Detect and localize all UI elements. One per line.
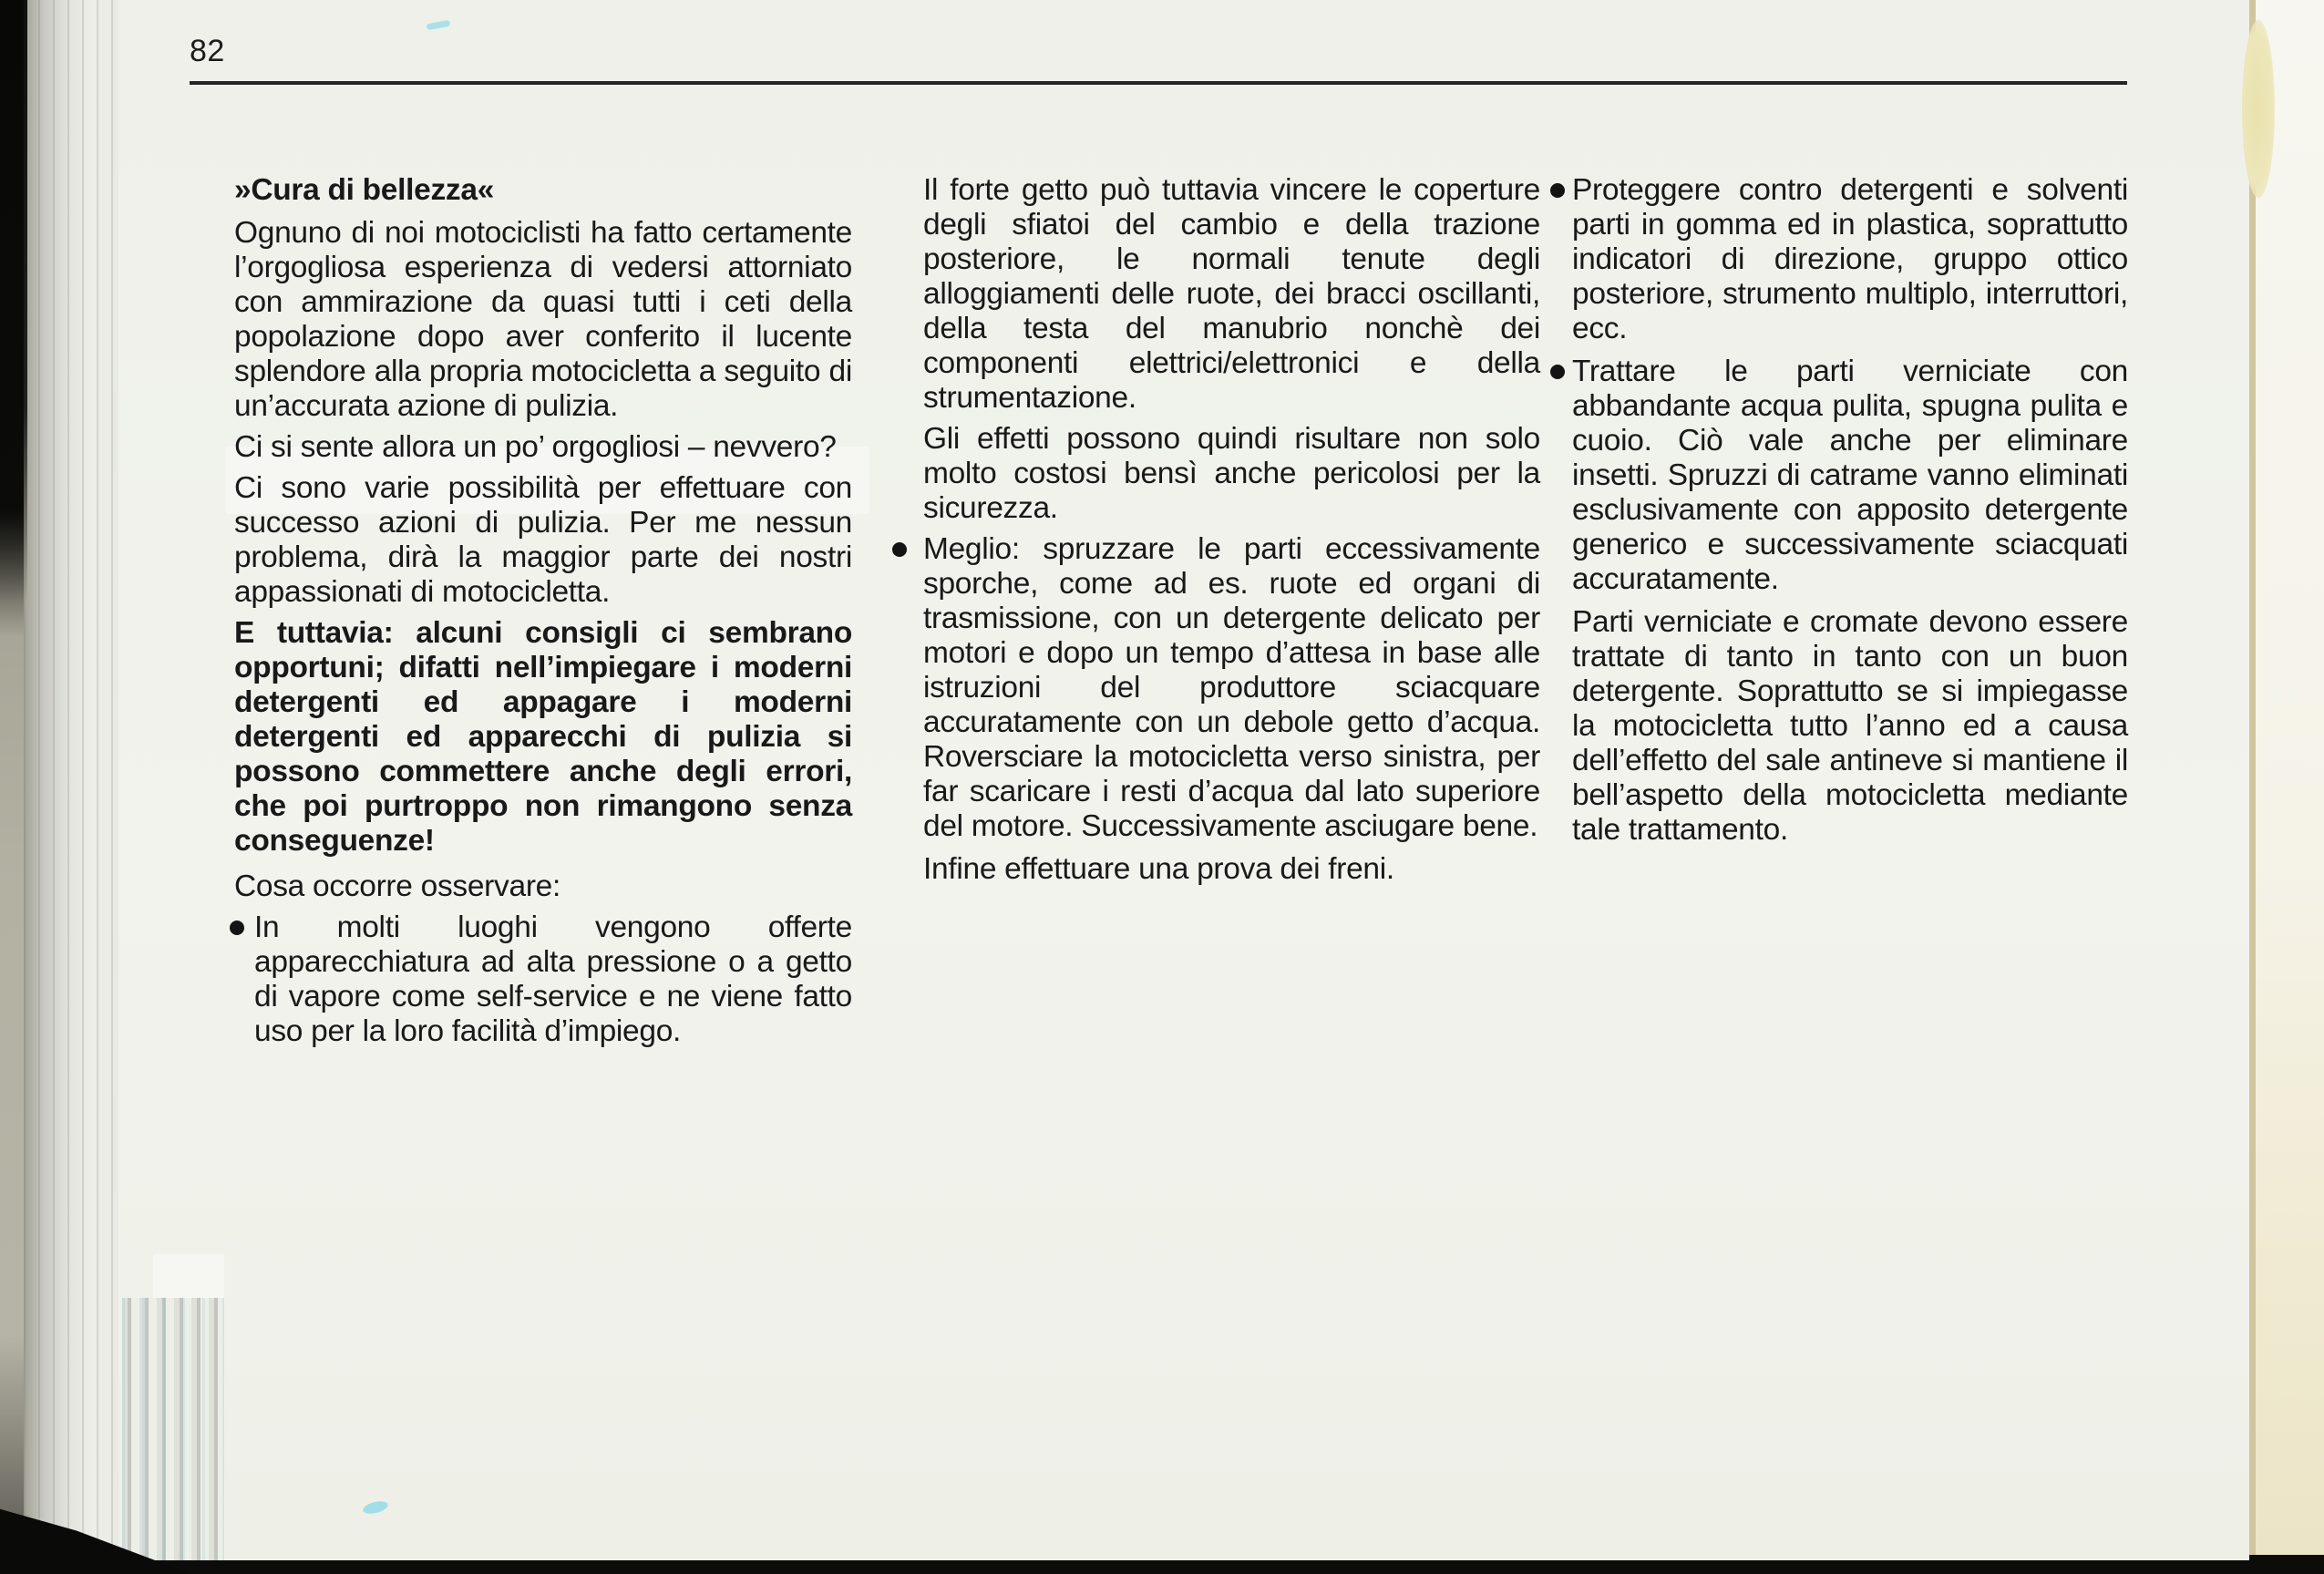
list-item: Meglio: spruzzare le parti eccessivament… (923, 532, 1540, 844)
column-right: Proteggere contro detergenti e solventi … (1572, 173, 2128, 854)
page-corner-step (153, 1254, 224, 1300)
list-item-text: Proteggere contro detergenti e solventi … (1572, 173, 2128, 346)
paragraph: Gli effetti possono quindi risultare non… (923, 422, 1540, 526)
list-item-text: Trattare le parti verniciate con abbanda… (1572, 355, 2128, 597)
binding-shadow-top-left (0, 0, 27, 602)
list-item: Trattare le parti verniciate con abbanda… (1572, 355, 2128, 597)
book-page-photo: 82 »Cura di bellezza« Ognuno di noi moto… (0, 0, 2324, 1574)
yellow-page-sliver (2242, 20, 2275, 198)
list-lead-in: Cosa occorre osservare: (234, 869, 852, 904)
paragraph: Il forte getto può tuttavia vincere le c… (923, 173, 1540, 416)
list-item-text: In molti luoghi vengono offerte apparecc… (254, 910, 852, 1049)
paragraph-bold: E tuttavia: alcuni consigli ci sembrano … (234, 616, 852, 859)
next-page-edge-right (2249, 0, 2324, 1555)
bullet-icon (1550, 365, 1565, 379)
paragraph: Parti verniciate e cromate devono essere… (1572, 605, 2128, 848)
header-rule (190, 81, 2127, 85)
bullet-icon (230, 921, 244, 935)
paragraph: Ognuno di noi motociclisti ha fatto cert… (234, 216, 852, 424)
page-number: 82 (190, 35, 225, 67)
bullet-icon (892, 542, 907, 557)
column-middle: Il forte getto può tuttavia vincere le c… (923, 173, 1540, 893)
paragraph: Infine effettuare una prova dei freni. (923, 852, 1540, 887)
column-left: »Cura di bellezza« Ognuno di noi motocic… (234, 173, 852, 1057)
stacked-page-edges-bottom-left (122, 1298, 224, 1560)
list-item: In molti luoghi vengono offerte apparecc… (234, 910, 852, 1049)
list-item: Proteggere contro detergenti e solventi … (1572, 173, 2128, 346)
paragraph: Ci sono varie possibilità per effettuare… (234, 471, 852, 610)
section-heading: »Cura di bellezza« (234, 173, 852, 208)
bullet-icon (1550, 183, 1565, 198)
list-item-text: Meglio: spruzzare le parti eccessivament… (923, 532, 1540, 844)
stacked-page-edges-left (24, 0, 120, 1560)
paragraph: Ci si sente allora un po’ orgogliosi – n… (234, 430, 852, 465)
